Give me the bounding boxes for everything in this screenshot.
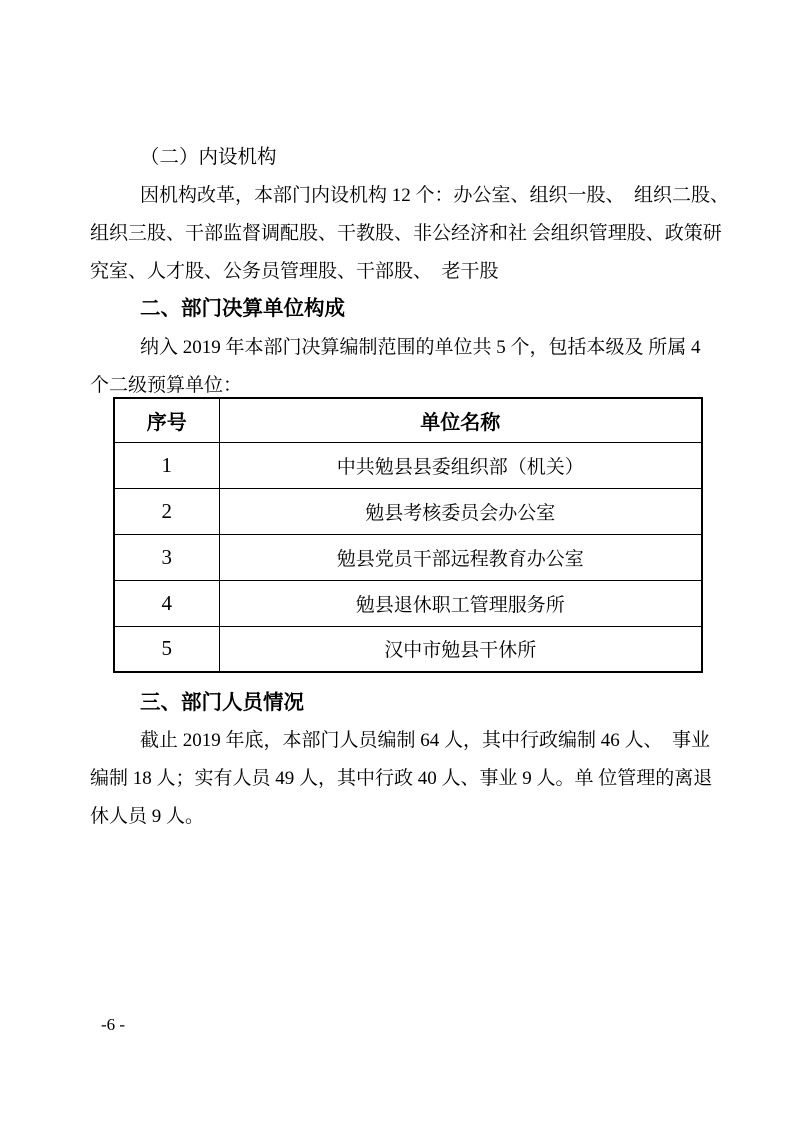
section-heading-unit-composition: 二、部门决算单位构成: [90, 290, 762, 328]
table-cell-unit-name: 汉中市勉县干休所: [219, 626, 702, 672]
table-cell-unit-name: 勉县党员干部远程教育办公室: [219, 534, 702, 580]
table-cell-index: 2: [114, 488, 219, 534]
table-row: 5汉中市勉县干休所: [114, 626, 702, 672]
paragraph-unit-scope: 纳入 2019 年本部门决算编制范围的单位共 5 个，包括本级及 所属 4个二级…: [90, 329, 712, 405]
text-line: 编制 18 人；实有人员 49 人，其中行政 40 人、事业 9 人。单 位管理…: [90, 760, 712, 798]
table-row: 3勉县党员干部远程教育办公室: [114, 534, 702, 580]
table-cell-unit-name: 勉县考核委员会办公室: [219, 488, 702, 534]
unit-table: 序号单位名称1中共勉县县委组织部（机关）2勉县考核委员会办公室3勉县党员干部远程…: [113, 397, 703, 673]
text-line: 组织三股、干部监督调配股、干教股、非公经济和社 会组织管理股、政策研: [90, 215, 712, 253]
table-row: 1中共勉县县委组织部（机关）: [114, 442, 702, 488]
table-cell-index: 1: [114, 442, 219, 488]
page-number: -6 -: [101, 1014, 125, 1036]
table-row: 2勉县考核委员会办公室: [114, 488, 702, 534]
table-cell-index: 4: [114, 580, 219, 626]
column-header-unit-name: 单位名称: [219, 398, 702, 442]
section-heading-personnel: 三、部门人员情况: [90, 684, 762, 722]
paragraph-internal-organs: 因机构改革，本部门内设机构 12 个：办公室、组织一股、 组织二股、组织三股、干…: [90, 177, 712, 291]
table-cell-index: 3: [114, 534, 219, 580]
column-header-index: 序号: [114, 398, 219, 442]
text-line: 休人员 9 人。: [90, 798, 712, 836]
table-header-row: 序号单位名称: [114, 398, 702, 442]
table-cell-index: 5: [114, 626, 219, 672]
table-cell-unit-name: 中共勉县县委组织部（机关）: [219, 442, 702, 488]
text-line: 纳入 2019 年本部门决算编制范围的单位共 5 个，包括本级及 所属 4: [90, 329, 712, 367]
paragraph-personnel: 截止 2019 年底，本部门人员编制 64 人，其中行政编制 46 人、 事业编…: [90, 722, 712, 836]
document-page: （二）内设机构 因机构改革，本部门内设机构 12 个：办公室、组织一股、 组织二…: [0, 0, 793, 1122]
text-line: 因机构改革，本部门内设机构 12 个：办公室、组织一股、 组织二股、: [90, 177, 712, 215]
text-line: 究室、人才股、公务员管理股、干部股、 老干股: [90, 253, 712, 291]
text-line: 截止 2019 年底，本部门人员编制 64 人，其中行政编制 46 人、 事业: [90, 722, 712, 760]
table-row: 4勉县退休职工管理服务所: [114, 580, 702, 626]
subsection-heading-internal-organs: （二）内设机构: [90, 139, 762, 177]
table-cell-unit-name: 勉县退休职工管理服务所: [219, 580, 702, 626]
